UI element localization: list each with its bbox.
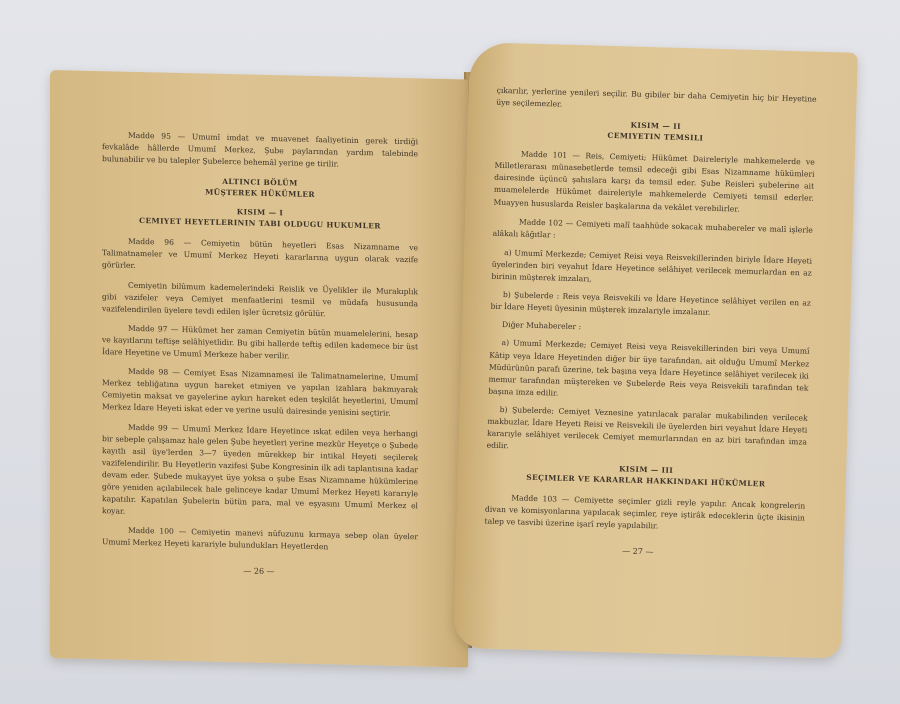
madde-102: Madde 102 — Cemiyeti malî taahhüde sokac…: [492, 215, 813, 248]
page-number: — 27 —: [444, 541, 832, 561]
other-item-a: a) Umumî Merkezde; Cemiyet Reisi veya Re…: [488, 337, 810, 406]
madde-97: Madde 97 — Hükûmet her zaman Cemiyetin b…: [102, 322, 418, 365]
left-page-content: Madde 95 — Umumî imdat ve muavenet faali…: [102, 129, 418, 563]
madde-100-continued: çıkarılır, yerlerine yenileri seçilir. B…: [496, 85, 817, 118]
madde-101: Madde 101 — Reis, Cemiyeti; Hükûmet Dair…: [493, 148, 815, 217]
madde-98: Madde 98 — Cemiyet Esas Nizamnamesi ile …: [102, 365, 418, 421]
paragraph-membership: Cemiyetin bilûmum kademelerindeki Reisli…: [102, 279, 418, 322]
right-page-content: çıkarılır, yerlerine yenileri seçilir. B…: [484, 85, 816, 544]
other-item-b: b) Şubelerde; Cemiyet Veznesine yatırıla…: [487, 404, 808, 461]
left-page: Madde 95 — Umumî imdat ve muavenet faali…: [50, 70, 468, 667]
right-page: çıkarılır, yerlerine yenileri seçilir. B…: [453, 42, 858, 659]
madde-99: Madde 99 — Umumî Merkez İdare Heyetince …: [102, 421, 418, 525]
madde-100: Madde 100 — Cemiyetin manevi nüfuzunu kı…: [102, 524, 418, 555]
item-a-umumi-merkez: a) Umumî Merkezde; Cemiyet Reisi veya Re…: [491, 247, 812, 292]
other-correspondence-label: Diğer Muhabereler :: [490, 319, 810, 340]
page-number: — 26 —: [50, 562, 468, 580]
madde-95: Madde 95 — Umumî imdat ve muavenet faali…: [102, 129, 418, 172]
madde-96: Madde 96 — Cemiyetin bütün heyetleri Esa…: [102, 235, 418, 278]
madde-103: Madde 103 — Cemiyette seçimler gizli rey…: [484, 492, 805, 537]
item-b-subeler: b) Şubelerde : Reis veya Reisvekili ve İ…: [490, 289, 811, 322]
